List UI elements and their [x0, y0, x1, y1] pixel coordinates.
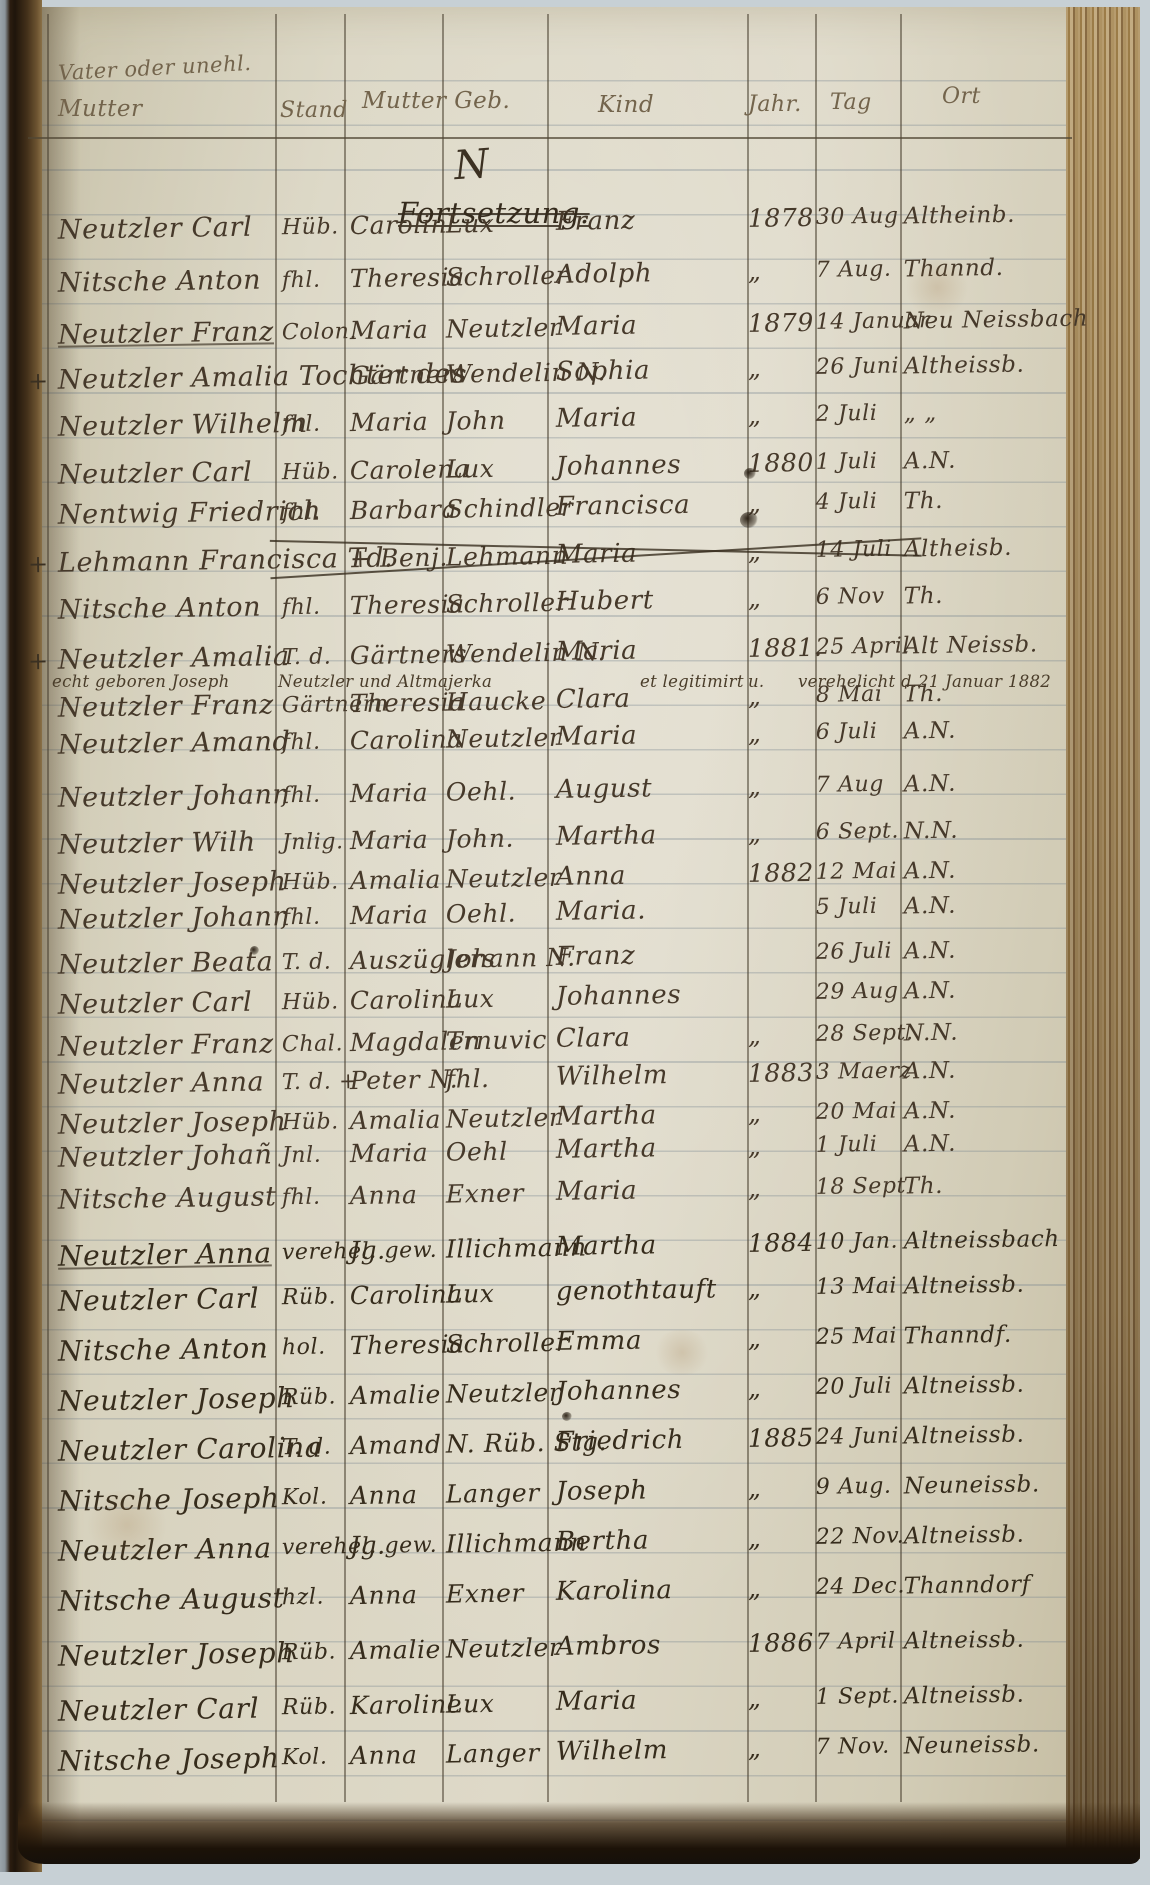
cell-day: 7 April: [816, 1629, 896, 1655]
cell-child-name: Maria: [556, 1176, 638, 1207]
cell-child-name: Martha: [556, 1230, 657, 1262]
cell-day: 29 Aug: [816, 979, 899, 1005]
cell-child-name: Anna: [556, 861, 627, 892]
cell-maiden-name: Neutzler: [446, 723, 562, 754]
cell-place: A.N.: [904, 448, 957, 475]
cell-stand: Rüb.: [282, 1694, 337, 1720]
cell-child-name: Sophia: [556, 355, 651, 386]
cell-father-name: Neutzler Joseph: [58, 1636, 295, 1673]
header-mother-maiden: Mutter Geb.: [362, 88, 510, 114]
page-stain: [652, 1330, 712, 1375]
cell-mother-name: Anna: [350, 1740, 418, 1770]
cell-day: 24 Dec.: [816, 1573, 906, 1599]
cell-year: 1880: [748, 448, 814, 478]
cell-year: 1878: [748, 203, 814, 233]
cell-father-name: Neutzler Carl: [58, 212, 253, 246]
cell-stand: fhl.: [282, 412, 321, 438]
cell-mother-name: Anna: [350, 1180, 418, 1210]
cell-father-name: Neutzler Johann: [58, 901, 291, 936]
header-child: Kind: [598, 92, 654, 118]
cell-maiden-name: Neutzler: [446, 863, 562, 894]
header-stand: Stand: [280, 98, 348, 123]
cell-mother-name: Maria: [350, 900, 429, 930]
cell-child-name: August: [556, 773, 653, 805]
cell-place: Alt Neissb.: [904, 631, 1038, 659]
ink-blot: [250, 946, 259, 955]
cell-place: Neuneissb.: [904, 1731, 1040, 1759]
cell-mother-name: Maria: [350, 825, 429, 855]
cell-year: „: [748, 1684, 762, 1713]
cell-mother-name: Carolin: [350, 210, 448, 241]
cell-father-name: Neutzler Beata: [58, 946, 274, 980]
cell-mother-name: Amand: [350, 1430, 442, 1460]
cell-day: 8 Mai: [816, 682, 883, 708]
register-row: Neutzler CarolinaT. d.AmandN. Rüb. Stg.F…: [42, 1419, 1083, 1475]
cell-stand: T. d.: [282, 949, 332, 975]
book-bottom-edge: [18, 1802, 1140, 1864]
page-stain: [82, 1490, 172, 1560]
cell-stand: Hüb.: [282, 214, 339, 240]
cell-maiden-name: Oehl.: [446, 777, 517, 807]
legitimation-note: echt geboren Joseph: [52, 672, 230, 691]
ink-blot: [562, 1412, 572, 1421]
cell-father-name: Neutzler Anna: [58, 1067, 265, 1101]
cell-place: Th.: [904, 1173, 944, 1200]
cell-maiden-name: Lux: [446, 1689, 495, 1719]
cell-child-name: Martha: [556, 1133, 657, 1165]
header-father-line2: Mutter: [58, 96, 142, 122]
cell-place: Altheinb.: [904, 202, 1016, 230]
cell-child-name: Clara: [556, 1023, 631, 1054]
cell-maiden-name: Oehl: [446, 1137, 508, 1167]
cell-child-name: Maria: [556, 311, 638, 342]
cell-child-name: Johannes: [556, 980, 682, 1012]
cell-day: 5 Juli: [816, 894, 878, 920]
cell-mother-name: Maria: [350, 315, 429, 345]
cell-child-name: Ambros: [556, 1630, 662, 1662]
cell-father-name: Neutzler Carl: [58, 987, 253, 1021]
cell-mother-name: Anna: [350, 1480, 418, 1510]
cell-place: Th.: [904, 488, 944, 515]
header-day: Tag: [830, 90, 872, 115]
cell-child-name: Franz: [556, 941, 636, 972]
cell-year: 1886: [748, 1628, 814, 1658]
cell-day: 1 Juli: [816, 449, 878, 475]
cell-year: 1883: [748, 1058, 814, 1088]
cell-child-name: Maria: [556, 403, 638, 434]
cell-child-name: Adolph: [556, 258, 653, 290]
cell-mother-name: Amalia: [350, 865, 442, 895]
header-year: Jahr.: [748, 92, 802, 117]
cell-stand: T. d.: [282, 1434, 332, 1460]
cell-stand: hol.: [282, 1335, 326, 1361]
cell-father-name: Neutzler Anna: [58, 1236, 272, 1272]
cell-maiden-name: Exner: [446, 1178, 525, 1208]
register-row: Nitsche Augusthzl.AnnaExnerKarolina„24 D…: [42, 1569, 1083, 1625]
cell-father-name: Neutzler Johann: [58, 779, 291, 814]
cell-stand: Kol.: [282, 1745, 328, 1771]
cell-day: 3 Maerz: [816, 1058, 912, 1085]
margin-plus-mark: +: [28, 367, 49, 395]
cell-child-name: Wilhelm: [556, 1735, 669, 1767]
cell-day: 26 Juli: [816, 939, 893, 965]
cell-day: 1 Sept.: [816, 1684, 900, 1710]
cell-mother-name: Amalia: [350, 1105, 442, 1135]
cell-place: A.N.: [904, 1098, 957, 1125]
cell-year: „: [748, 401, 762, 430]
cell-day: 7 Aug.: [816, 257, 892, 283]
cell-mother-name: Maria: [350, 407, 429, 437]
cell-child-name: Emma: [556, 1326, 643, 1357]
cell-stand: Hüb.: [282, 1109, 339, 1135]
cell-year: „: [748, 1574, 762, 1603]
cell-maiden-name: Lux: [446, 454, 495, 484]
cell-day: 7 Aug: [816, 772, 885, 798]
cell-maiden-name: John: [446, 406, 506, 436]
cell-maiden-name: Langer: [446, 1738, 540, 1768]
cell-father-name: Neutzler Joseph: [58, 1381, 295, 1418]
cell-stand: Rüb.: [282, 1284, 337, 1310]
cell-stand: fhl.: [282, 730, 321, 756]
register-page-photo: Vater oder unehl. Mutter Stand Mutter Ge…: [0, 0, 1150, 1885]
cell-child-name: Martha: [556, 820, 657, 852]
cell-maiden-name: Schroller: [446, 588, 569, 619]
cell-child-name: Johannes: [556, 1375, 682, 1407]
cell-place: A.N.: [904, 858, 957, 885]
cell-father-name: Neutzler Joseph: [58, 866, 287, 901]
cell-child-name: Joseph: [556, 1475, 648, 1506]
cell-stand: fhl.: [282, 500, 321, 526]
cell-stand: Hüb.: [282, 869, 339, 895]
cell-maiden-name: Trnuvic: [446, 1025, 548, 1056]
cell-father-name: Neutzler Carl: [58, 1282, 260, 1318]
cell-year: „: [748, 1021, 762, 1050]
cell-place: Neuneissb.: [904, 1471, 1040, 1499]
cell-year: „: [748, 772, 762, 801]
header-underline: [28, 137, 1072, 139]
register-row: Neutzler CarlRüb.KarolineLuxMaria„1 Sept…: [42, 1679, 1083, 1735]
cell-place: N.N.: [904, 818, 959, 845]
register-row: Nitsche JosephKol.AnnaLangerWilhelm„7 No…: [42, 1729, 1083, 1785]
cell-father-name: Neutzler Carl: [58, 457, 253, 491]
cell-father-name: Nitsche August: [58, 1581, 285, 1618]
cell-year: „: [748, 1324, 762, 1353]
cell-year: „: [748, 354, 762, 383]
cell-maiden-name: Neutzler: [446, 1103, 562, 1134]
cell-mother-name: Amalie: [350, 1380, 442, 1410]
cell-child-name: Friedrich: [556, 1425, 685, 1457]
cell-place: A.N.: [904, 1131, 957, 1158]
cell-year: „: [748, 1274, 762, 1303]
cell-year: 1884: [748, 1228, 814, 1258]
cell-maiden-name: Lux: [446, 209, 495, 239]
ink-blot: [744, 468, 756, 479]
register-row: Neutzler Wilhelmfhl.MariaJohnMaria„2 Jul…: [42, 396, 1083, 452]
register-row: Nitsche JosephKol.AnnaLangerJoseph„9 Aug…: [42, 1469, 1083, 1525]
header-place: Ort: [942, 84, 981, 109]
cell-maiden-name: John.: [446, 824, 515, 854]
cell-day: 6 Nov: [816, 584, 885, 610]
cell-place: Altneissb.: [904, 1272, 1025, 1300]
cell-stand: fhl.: [282, 905, 321, 931]
cell-year: „: [748, 1734, 762, 1763]
cell-day: 2 Juli: [816, 401, 878, 427]
cell-place: Thanndf.: [904, 1322, 1012, 1350]
cell-day: 9 Aug.: [816, 1474, 892, 1500]
cell-maiden-name: Exner: [446, 1578, 525, 1608]
cell-year: „: [748, 1132, 762, 1161]
cell-place: „ „: [904, 400, 937, 427]
cell-place: Altneissb.: [904, 1627, 1025, 1655]
cell-day: 6 Sept.: [816, 819, 900, 845]
cell-place: Altneissb.: [904, 1682, 1025, 1710]
margin-plus-mark: +: [28, 647, 49, 675]
register-row: Nitsche Antonhol.TheresiaSchrollerEmma„2…: [42, 1319, 1083, 1375]
cell-father-name: Neutzler Wilhelm: [58, 408, 308, 443]
cell-father-name: Nitsche Anton: [58, 265, 262, 299]
cell-stand: Jnlig.: [282, 829, 344, 855]
cell-year: „: [748, 1374, 762, 1403]
cell-mother-name: Amalie: [350, 1635, 442, 1665]
cell-place: A.N.: [904, 938, 957, 965]
cell-stand: Colon.: [282, 319, 358, 345]
cell-maiden-name: Schroller: [446, 261, 569, 292]
cell-child-name: Johannes: [556, 450, 682, 482]
cell-maiden-name: Lux: [446, 1279, 495, 1309]
cell-father-name: Nitsche Joseph: [58, 1741, 280, 1777]
cell-day: 4 Juli: [816, 489, 878, 515]
cell-child-name: Franz: [556, 206, 636, 237]
cell-stand: fhl.: [282, 1185, 321, 1211]
cell-mother-name: Anna: [350, 1580, 418, 1610]
cell-year: „: [748, 819, 762, 848]
cell-mother-name: Maria: [350, 778, 429, 808]
book-spine: [0, 0, 42, 1872]
cell-father-name: Neutzler Carl: [58, 1692, 260, 1728]
register-row: Neutzler CarlHüb.CarolinLuxFranz187830 A…: [42, 199, 1083, 255]
cell-father-name: Nitsche Anton: [58, 592, 262, 626]
cell-stand: fhl.: [282, 595, 321, 621]
cell-maiden-name: Neutzler: [446, 313, 562, 344]
cell-mother-name: Peter N.: [350, 1064, 459, 1095]
section-letter: N: [452, 141, 491, 189]
ink-blot: [740, 512, 758, 528]
cell-place: Altneissb.: [904, 1522, 1025, 1550]
cell-stand: fhl.: [282, 268, 321, 294]
cell-child-name: Bertha: [556, 1525, 650, 1556]
register-row: Neutzler JosephRüb.AmalieNeutzlerAmbros1…: [42, 1624, 1083, 1680]
cell-stand: fhl.: [282, 783, 321, 809]
cell-year: „: [748, 719, 762, 748]
cell-year: 1881.: [748, 633, 823, 663]
cell-day: 20 Mai: [816, 1099, 898, 1125]
cell-father-name: Nitsche August: [58, 1181, 277, 1215]
cell-maiden-name: Oehl.: [446, 899, 517, 929]
cell-mother-name: Barbara: [350, 494, 458, 525]
cell-child-name: Hubert: [556, 585, 654, 617]
cell-place: A.N.: [904, 771, 957, 798]
cell-maiden-name: Langer: [446, 1478, 540, 1508]
cell-day: 12 Mai: [816, 859, 898, 885]
cell-place: Altneissb.: [904, 1422, 1025, 1450]
cell-father-name: Neutzler Joseph: [58, 1106, 287, 1141]
cell-year: „: [748, 1099, 762, 1128]
cell-year: „: [748, 257, 762, 286]
margin-plus-mark: +: [28, 550, 49, 578]
cell-day: 22 Nov.: [816, 1523, 905, 1549]
cell-child-name: Martha: [556, 1100, 657, 1132]
cell-place: Th.: [904, 681, 944, 708]
cell-day: 6 Juli: [816, 719, 878, 745]
register-row: Neutzler Johannfhl.MariaOehl.August„7 Au…: [42, 767, 1083, 823]
cell-father-name: Neutzler Franz: [58, 1028, 274, 1062]
header-father-line1: Vater oder unehl.: [58, 51, 252, 85]
cell-mother-name: Jg.: [350, 1236, 386, 1266]
cell-place: Altheissb.: [904, 352, 1025, 380]
cell-stand: Kol.: [282, 1485, 328, 1511]
cell-year: „: [748, 1174, 762, 1203]
cell-child-name: Clara: [556, 684, 631, 715]
cell-day: 24 Juni: [816, 1424, 900, 1450]
cell-year: „: [748, 1524, 762, 1553]
cell-child-name: Francisca: [556, 490, 691, 522]
cell-maiden-name: Neutzler: [446, 1633, 562, 1664]
cell-stand: Rüb.: [282, 1639, 337, 1665]
cell-year: 1882: [748, 858, 814, 888]
register-row: Neutzler Annaverehel. gew.Jg.IllichmannB…: [42, 1519, 1083, 1575]
cell-maiden-name: Lux: [446, 984, 495, 1014]
cell-child-name: Karolina: [556, 1575, 673, 1607]
cell-place: N.N.: [904, 1020, 959, 1047]
register-row: Nitsche Antonfhl.TheresiaSchrollerHubert…: [42, 579, 1083, 635]
cell-year: 1885: [748, 1423, 814, 1453]
cell-mother-name: Maria: [350, 1138, 429, 1168]
cell-day: 25 April: [816, 633, 911, 659]
cell-child-name: Maria: [556, 721, 638, 752]
cell-father-name: Neutzler Franz: [58, 689, 274, 723]
cell-place: Altneissbach: [904, 1226, 1060, 1254]
cell-mother-name: Jg.: [350, 1531, 386, 1561]
cell-place: Altneissb.: [904, 1372, 1025, 1400]
cell-father-name: Neutzler Amalia: [58, 641, 290, 676]
cell-father-name: Neutzler Franz: [58, 316, 274, 350]
cell-place: Thanndorf: [904, 1571, 1031, 1599]
cell-year: „: [748, 584, 762, 613]
cell-stand: T. d.: [282, 644, 332, 670]
cell-father-name: Neutzler Johañ: [58, 1139, 273, 1173]
cell-place: A.N.: [904, 718, 957, 745]
cell-day: 28 Sept.: [816, 1020, 914, 1047]
cell-stand: Rüb.: [282, 1384, 337, 1410]
cell-day: 26 Juni: [816, 354, 900, 380]
cell-year: 1879: [748, 308, 814, 338]
cell-day: 25 Mai: [816, 1324, 898, 1350]
cell-place: A.N.: [904, 893, 957, 920]
cell-place: Th.: [904, 583, 944, 610]
cell-stand: hzl.: [282, 1585, 325, 1611]
cell-stand: T. d. +: [282, 1069, 359, 1095]
cell-stand: Chal.: [282, 1031, 344, 1057]
cell-maiden-name: Haucke: [446, 686, 547, 717]
cell-child-name: Maria: [556, 1686, 638, 1717]
cell-child-name: Maria: [556, 539, 638, 570]
cell-year: „: [748, 682, 762, 711]
writing-overlay: Vater oder unehl. Mutter Stand Mutter Ge…: [42, 0, 1140, 1885]
cell-child-name: Maria.: [556, 896, 647, 927]
cell-day: 13 Mai: [816, 1274, 898, 1300]
cell-year: „: [748, 1474, 762, 1503]
cell-day: 30 Aug: [816, 204, 899, 230]
cell-father-name: Neutzler Amand: [58, 726, 291, 761]
cell-place: A.N.: [904, 978, 957, 1005]
cell-father-name: Neutzler Wilh: [58, 827, 256, 861]
page-stain: [902, 260, 972, 315]
cell-day: 10 Jan.: [816, 1229, 899, 1255]
cell-maiden-name: Neutzler: [446, 1378, 562, 1409]
cell-stand: Hüb.: [282, 459, 339, 485]
cell-place: A.N.: [904, 1058, 957, 1085]
cell-day: 7 Nov.: [816, 1734, 890, 1760]
cell-day: 20 Juli: [816, 1374, 893, 1400]
cell-child-name: Maria: [556, 636, 638, 667]
cell-father-name: Nitsche Anton: [58, 1331, 269, 1367]
register-row: +Lehmann Francisca Td.+ Benj.LehmannMari…: [42, 532, 1083, 588]
cell-child-name: Wilhelm: [556, 1060, 669, 1092]
cell-maiden-name: fhl.: [446, 1064, 490, 1094]
cell-stand: Hüb.: [282, 989, 339, 1015]
cell-child-name: genothtauft: [556, 1274, 717, 1307]
cell-maiden-name: Schindler: [446, 493, 574, 524]
cell-day: 18 Sept: [816, 1173, 907, 1199]
cell-day: 1 Juli: [816, 1132, 878, 1158]
cell-stand: Jnl.: [282, 1143, 322, 1169]
cell-maiden-name: Schroller: [446, 1328, 569, 1359]
